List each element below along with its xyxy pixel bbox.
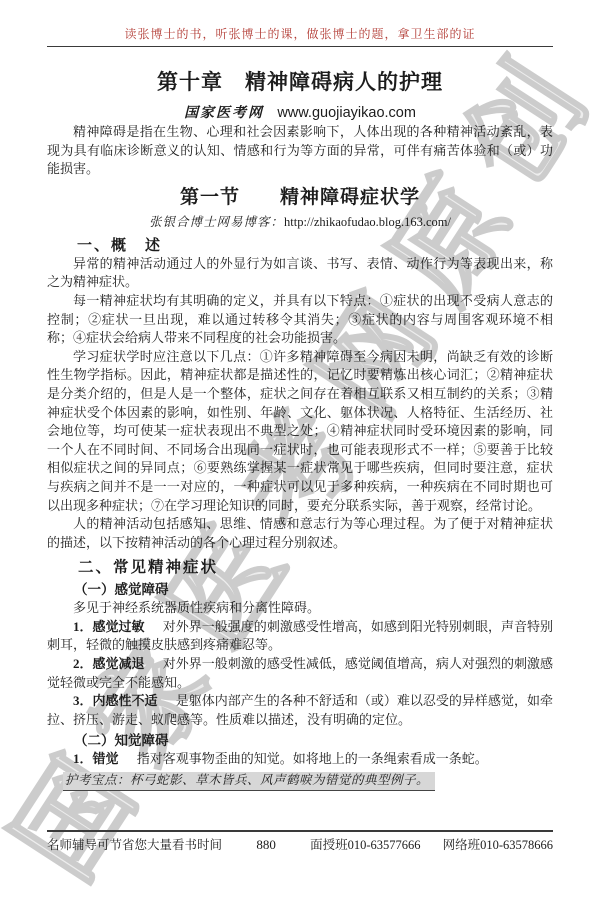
term-item-hypoesthesia: 2．感觉减退对外界一般刺激的感受性减低，感觉阈值增高，病人对强烈的刺激感觉轻微或… [47, 655, 553, 692]
term-item-senestopathia: 3．内感性不适是躯体内部产生的各种不舒适和（或）难以忍受的异样感觉，如牵拉、挤压… [47, 692, 553, 729]
chapter-title: 第十章 精神障碍病人的护理 [47, 69, 553, 96]
term-label: 1．感觉过敏 [73, 619, 145, 634]
term-label: 2．感觉减退 [73, 656, 145, 671]
term-text: 指对客观事物歪曲的知觉。如将地上的一条绳索看成一条蛇。 [137, 751, 488, 766]
overview-heading: 一、概 述 [47, 236, 553, 255]
header-rule [47, 46, 553, 47]
sensation-disorder-intro: 多见于神经系统器质性疾病和分离性障碍。 [47, 599, 553, 618]
blog-line: 张银合博士网易博客：http://zhikaofudao.blog.163.co… [47, 214, 553, 231]
exam-tip: 护考宝点：杯弓蛇影、草木皆兵、风声鹤唳为错觉的典型例子。 [63, 772, 435, 791]
overview-paragraph-3: 学习症状学时应注意以下几点：①许多精神障碍至今病因未明，尚缺乏有效的诊断性生物学… [47, 348, 553, 515]
contact-phone-onsite: 面授班010-63577666 [310, 837, 420, 853]
exam-tip-line: 护考宝点：杯弓蛇影、草木皆兵、风声鹤唳为错觉的典型例子。 [63, 771, 553, 791]
term-item-hyperesthesia: 1．感觉过敏对外界一般强度的刺激感受性增高，如感到阳光特别刺眼，声音特别刺耳，轻… [47, 618, 553, 655]
document-page: 国家医考网原创 读张博士的书，听张博士的课，做张博士的题，拿卫生部的证 第十章 … [0, 0, 600, 912]
footer-contacts: 面授班010-63577666 网络班010-63578666 [310, 837, 553, 853]
intro-paragraph: 精神障碍是指在生物、心理和社会因素影响下，人体出现的各种精神活动紊乱，表现为具有… [47, 123, 553, 179]
overview-paragraph-4: 人的精神活动包括感知、思维、情感和意志行为等心理过程。为了便于对精神症状的描述，… [47, 515, 553, 552]
brand-line: 国家医考网 www.guojiayikao.com [47, 104, 553, 123]
overview-paragraph-1: 异常的精神活动通过人的外显行为如言谈、书写、表情、动作行为等表现出来，称之为精神… [47, 255, 553, 292]
page-content: 读张博士的书，听张博士的课，做张博士的题，拿卫生部的证 第十章 精神障碍病人的护… [0, 0, 600, 791]
footer-left-text: 名师辅导可节省您大量看书时间 [47, 837, 222, 853]
blog-label: 张银合博士网易博客： [149, 215, 284, 229]
page-footer: 名师辅导可节省您大量看书时间 880 面授班010-63577666 网络班01… [47, 830, 553, 853]
perception-disorder-heading: （二）知觉障碍 [47, 732, 553, 750]
term-item-illusion: 1．错觉指对客观事物歪曲的知觉。如将地上的一条绳索看成一条蛇。 [47, 750, 553, 769]
section-title: 第一节 精神障碍症状学 [47, 185, 553, 210]
blog-url: http://zhikaofudao.blog.163.com/ [284, 215, 451, 229]
site-name: 国家医考网 [184, 106, 264, 121]
sensation-disorder-heading: （一）感觉障碍 [47, 581, 553, 599]
contact-phone-online: 网络班010-63578666 [443, 837, 553, 853]
term-label: 1．错觉 [73, 751, 119, 766]
symptoms-heading: 二、常见精神症状 [47, 558, 553, 578]
site-url: www.guojiayikao.com [277, 105, 416, 121]
page-number: 880 [256, 837, 276, 853]
header-slogan: 读张博士的书，听张博士的课，做张博士的题，拿卫生部的证 [47, 26, 553, 42]
term-label: 3．内感性不适 [73, 693, 158, 708]
overview-paragraph-2: 每一精神症状均有其明确的定义，并具有以下特点：①症状的出现不受病人意志的控制；②… [47, 292, 553, 348]
